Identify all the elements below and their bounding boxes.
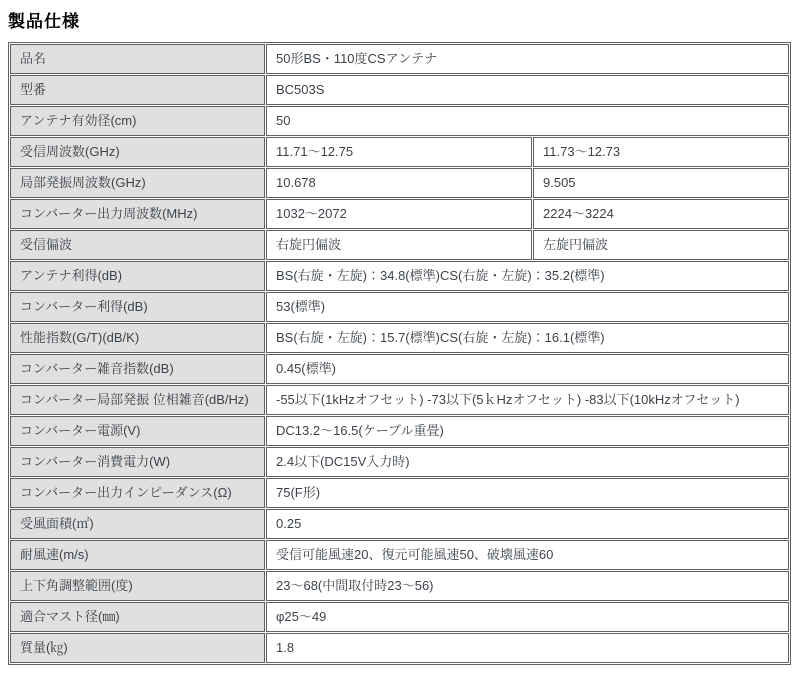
spec-page: 製品仕様 品名 50形BS・110度CSアンテナ 型番 BC503S アンテナ有… xyxy=(0,0,800,687)
spec-row-converter-power: コンバーター電源(V) DC13.2〜16.5(ケーブル重畳) xyxy=(10,416,789,446)
spec-label-effective-diameter: アンテナ有効径(cm) xyxy=(10,106,265,136)
spec-label-converter-power: コンバーター電源(V) xyxy=(10,416,265,446)
spec-row-polarization: 受信偏波 右旋円偏波 左旋円偏波 xyxy=(10,230,789,260)
spec-label-receive-frequency: 受信周波数(GHz) xyxy=(10,137,265,167)
spec-value-local-oscillator-frequency-right: 10.678 xyxy=(266,168,532,198)
spec-value-converter-output-frequency-right: 1032〜2072 xyxy=(266,199,532,229)
spec-value-converter-output-frequency-left: 2224〜3224 xyxy=(533,199,789,229)
spec-value-wind-area: 0.25 xyxy=(266,509,789,539)
spec-label-mast-diameter: 適合マスト径(㎜) xyxy=(10,602,265,632)
spec-label-converter-output-frequency: コンバーター出力周波数(MHz) xyxy=(10,199,265,229)
spec-value-elevation-range: 23〜68(中間取付時23〜56) xyxy=(266,571,789,601)
spec-label-converter-gain: コンバーター利得(dB) xyxy=(10,292,265,322)
spec-row-antenna-gain: アンテナ利得(dB) BS(右旋・左旋)：34.8(標準)CS(右旋・左旋)：3… xyxy=(10,261,789,291)
spec-value-local-oscillator-frequency-left: 9.505 xyxy=(533,168,789,198)
spec-value-phase-noise: -55以下(1kHzオフセット) -73以下(5ｋHzオフセット) -83以下(… xyxy=(266,385,789,415)
spec-row-mass: 質量(㎏) 1.8 xyxy=(10,633,789,663)
spec-label-antenna-gain: アンテナ利得(dB) xyxy=(10,261,265,291)
spec-label-figure-of-merit: 性能指数(G/T)(dB/K) xyxy=(10,323,265,353)
spec-row-mast-diameter: 適合マスト径(㎜) φ25〜49 xyxy=(10,602,789,632)
spec-row-phase-noise: コンバーター局部発振 位相雑音(dB/Hz) -55以下(1kHzオフセット) … xyxy=(10,385,789,415)
spec-label-local-oscillator-frequency: 局部発振周波数(GHz) xyxy=(10,168,265,198)
spec-value-antenna-gain: BS(右旋・左旋)：34.8(標準)CS(右旋・左旋)：35.2(標準) xyxy=(266,261,789,291)
spec-value-wind-speed: 受信可能風速20、復元可能風速50、破壊風速60 xyxy=(266,540,789,570)
spec-row-figure-of-merit: 性能指数(G/T)(dB/K) BS(右旋・左旋)：15.7(標準)CS(右旋・… xyxy=(10,323,789,353)
spec-value-product-name: 50形BS・110度CSアンテナ xyxy=(266,44,789,74)
spec-row-wind-area: 受風面積(㎡) 0.25 xyxy=(10,509,789,539)
spec-label-phase-noise: コンバーター局部発振 位相雑音(dB/Hz) xyxy=(10,385,265,415)
spec-label-noise-figure: コンバーター雑音指数(dB) xyxy=(10,354,265,384)
spec-label-polarization: 受信偏波 xyxy=(10,230,265,260)
spec-value-effective-diameter: 50 xyxy=(266,106,789,136)
spec-row-elevation-range: 上下角調整範囲(度) 23〜68(中間取付時23〜56) xyxy=(10,571,789,601)
spec-label-elevation-range: 上下角調整範囲(度) xyxy=(10,571,265,601)
spec-row-output-impedance: コンバーター出力インピーダンス(Ω) 75(F形) xyxy=(10,478,789,508)
spec-row-model-number: 型番 BC503S xyxy=(10,75,789,105)
spec-row-power-consumption: コンバーター消費電力(W) 2.4以下(DC15V入力時) xyxy=(10,447,789,477)
spec-label-product-name: 品名 xyxy=(10,44,265,74)
spec-row-local-oscillator-frequency: 局部発振周波数(GHz) 10.678 9.505 xyxy=(10,168,789,198)
spec-label-mass: 質量(㎏) xyxy=(10,633,265,663)
spec-value-converter-gain: 53(標準) xyxy=(266,292,789,322)
spec-value-output-impedance: 75(F形) xyxy=(266,478,789,508)
page-title: 製品仕様 xyxy=(8,7,792,32)
spec-row-wind-speed: 耐風速(m/s) 受信可能風速20、復元可能風速50、破壊風速60 xyxy=(10,540,789,570)
spec-value-polarization-left: 左旋円偏波 xyxy=(533,230,789,260)
spec-value-noise-figure: 0.45(標準) xyxy=(266,354,789,384)
spec-label-model-number: 型番 xyxy=(10,75,265,105)
spec-label-power-consumption: コンバーター消費電力(W) xyxy=(10,447,265,477)
spec-value-model-number: BC503S xyxy=(266,75,789,105)
spec-value-mast-diameter: φ25〜49 xyxy=(266,602,789,632)
spec-value-receive-frequency-right: 11.71〜12.75 xyxy=(266,137,532,167)
spec-value-mass: 1.8 xyxy=(266,633,789,663)
spec-row-receive-frequency: 受信周波数(GHz) 11.71〜12.75 11.73〜12.73 xyxy=(10,137,789,167)
spec-row-product-name: 品名 50形BS・110度CSアンテナ xyxy=(10,44,789,74)
spec-label-output-impedance: コンバーター出力インピーダンス(Ω) xyxy=(10,478,265,508)
spec-row-noise-figure: コンバーター雑音指数(dB) 0.45(標準) xyxy=(10,354,789,384)
spec-value-polarization-right: 右旋円偏波 xyxy=(266,230,532,260)
spec-value-power-consumption: 2.4以下(DC15V入力時) xyxy=(266,447,789,477)
product-spec-table: 品名 50形BS・110度CSアンテナ 型番 BC503S アンテナ有効径(cm… xyxy=(8,42,791,665)
spec-label-wind-area: 受風面積(㎡) xyxy=(10,509,265,539)
spec-value-figure-of-merit: BS(右旋・左旋)：15.7(標準)CS(右旋・左旋)：16.1(標準) xyxy=(266,323,789,353)
spec-row-converter-output-frequency: コンバーター出力周波数(MHz) 1032〜2072 2224〜3224 xyxy=(10,199,789,229)
spec-row-effective-diameter: アンテナ有効径(cm) 50 xyxy=(10,106,789,136)
spec-row-converter-gain: コンバーター利得(dB) 53(標準) xyxy=(10,292,789,322)
spec-value-receive-frequency-left: 11.73〜12.73 xyxy=(533,137,789,167)
spec-label-wind-speed: 耐風速(m/s) xyxy=(10,540,265,570)
spec-value-converter-power: DC13.2〜16.5(ケーブル重畳) xyxy=(266,416,789,446)
